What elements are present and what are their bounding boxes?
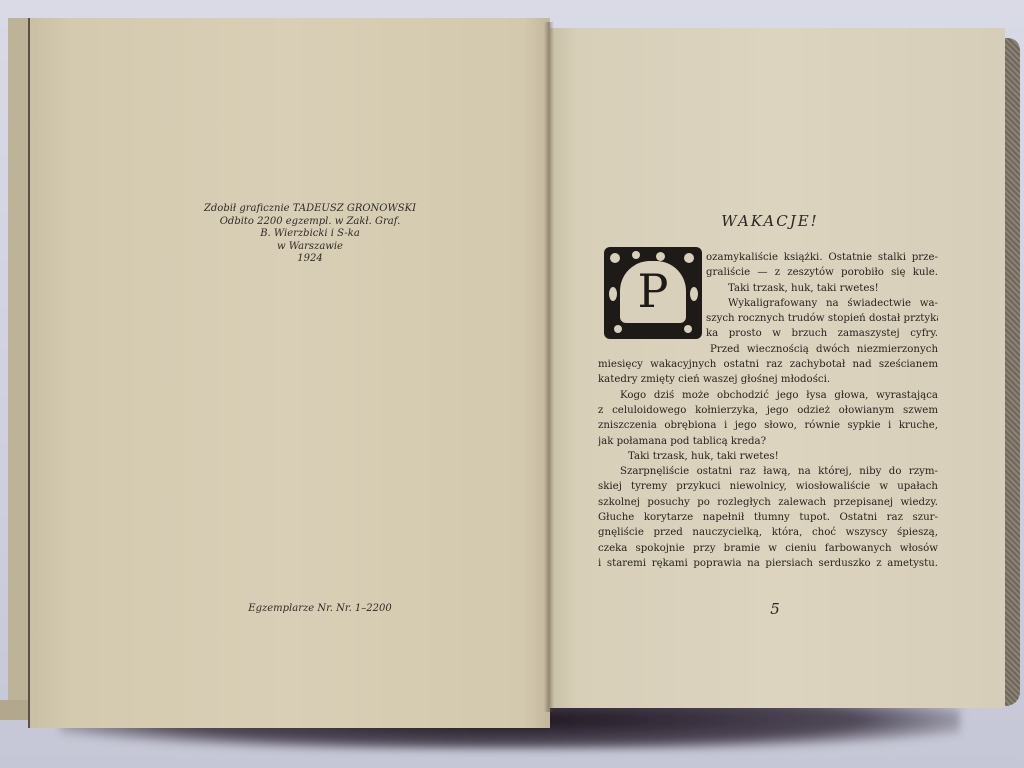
page-number: 5 bbox=[760, 600, 790, 618]
chapter-title: WAKACJE! bbox=[700, 212, 840, 230]
text-line: jak połamana pod tablicą kreda? bbox=[598, 434, 938, 449]
text-line: ozamykaliście książki. Ostatnie stalki p… bbox=[598, 250, 938, 265]
text-line: Taki trzask, huk, taki rwetes! bbox=[598, 281, 938, 296]
chapter-body-text: ozamykaliście książki. Ostatnie stalki p… bbox=[598, 250, 938, 571]
imprint-line: Odbito 2200 egzempl. w Zakł. Graf. bbox=[180, 216, 440, 229]
text-line: ka prosto w brzuch zamaszystej cyfry. bbox=[598, 326, 938, 341]
text-line: Przed wiecznością dwóch niezmierzonych bbox=[598, 342, 938, 357]
text-line: Wykaligrafowany na świadectwie wa- bbox=[598, 296, 938, 311]
text-line: Kogo dziś może obchodzić jego łysa głowa… bbox=[598, 388, 938, 403]
imprint-line: 1924 bbox=[180, 253, 440, 266]
text-line: skiej tyremy przykuci niewolnicy, wiosło… bbox=[598, 479, 938, 494]
book-gutter bbox=[544, 22, 554, 712]
copies-note: Egzemplarze Nr. Nr. 1–2200 bbox=[225, 603, 415, 614]
imprint-block: Zdobił graficznie TADEUSZ GRONOWSKI Odbi… bbox=[180, 203, 440, 266]
text-line: graliście — z zeszytów porobiło się kule… bbox=[598, 265, 938, 280]
imprint-line: Zdobił graficznie TADEUSZ GRONOWSKI bbox=[180, 203, 440, 216]
text-line: Głuche korytarze napełnił tłumny tupot. … bbox=[598, 510, 938, 525]
text-line: miesięcy wakacyjnych ostatni raz zachybo… bbox=[598, 357, 938, 372]
text-line: gnęliście przed nauczycielką, która, cho… bbox=[598, 525, 938, 540]
text-line: katedry zmięty cień waszej głośnej młodo… bbox=[598, 372, 938, 387]
imprint-line: B. Wierzbicki i S-ka bbox=[180, 228, 440, 241]
text-line: i staremi rękami poprawia na piersiach s… bbox=[598, 556, 938, 571]
text-line: czeka spokojnie przy bramie w cieniu far… bbox=[598, 541, 938, 556]
left-page bbox=[28, 18, 550, 728]
text-line: szkolnej posuchy po rozległych zalewach … bbox=[598, 495, 938, 510]
text-line: Taki trzask, huk, taki rwetes! bbox=[598, 449, 938, 464]
text-line: zniszczenia obrębiona i jego słowo, równ… bbox=[598, 418, 938, 433]
text-line: z celuloidowego kołnierzyka, jego odzież… bbox=[598, 403, 938, 418]
text-line: Szarpnęliście ostatni raz ławą, na które… bbox=[598, 464, 938, 479]
imprint-line: w Warszawie bbox=[180, 241, 440, 254]
text-line: szych rocznych trudów stopień dostał prz… bbox=[598, 311, 938, 326]
